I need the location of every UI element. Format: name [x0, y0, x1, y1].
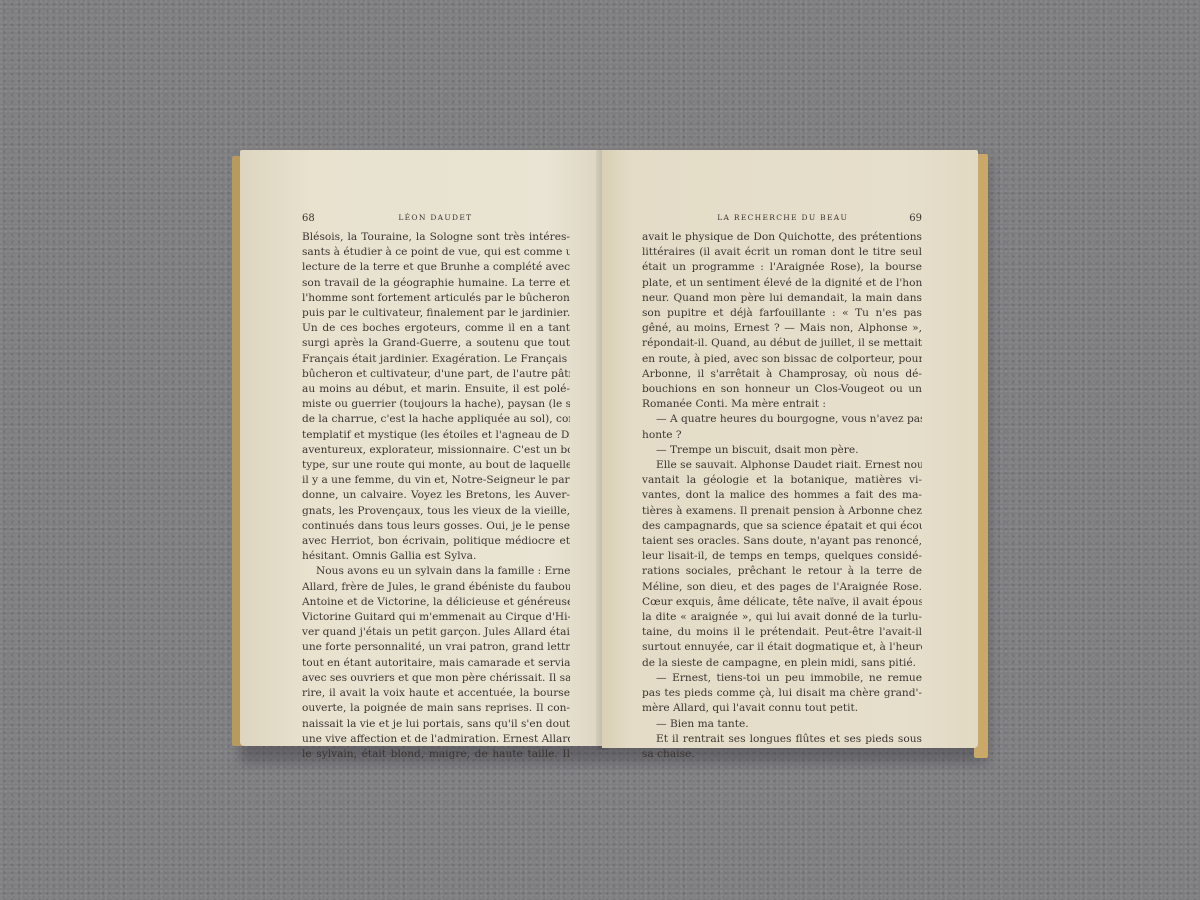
- text-line: — Bien ma tante.: [642, 717, 922, 732]
- text-line: sa chaise.: [642, 747, 922, 762]
- text-line: son travail de la géographie humaine. La…: [302, 276, 570, 291]
- text-line: — Ernest, tiens-toi un peu immobile, ne …: [642, 671, 922, 686]
- text-line: répondait-il. Quand, au début de juillet…: [642, 336, 922, 351]
- left-page: 68 LÉON DAUDET Blésois, la Touraine, la …: [240, 150, 602, 746]
- text-line: Antoine et de Victorine, la délicieuse e…: [302, 595, 570, 610]
- text-line: de la sieste de campagne, en plein midi,…: [642, 656, 922, 671]
- text-line: tout en étant autoritaire, mais camarade…: [302, 656, 570, 671]
- page-number: 69: [909, 213, 922, 224]
- text-line: vantes, dont la malice des hommes a fait…: [642, 488, 922, 503]
- text-line: avait le physique de Don Quichotte, des …: [642, 230, 922, 245]
- right-page: LA RECHERCHE DU BEAU 69 avait le physiqu…: [602, 150, 978, 748]
- text-line: littéraires (il avait écrit un roman don…: [642, 245, 922, 260]
- text-line: de la charrue, c'est la hache appliquée …: [302, 412, 570, 427]
- text-line: une forte personnalité, un vrai patron, …: [302, 640, 570, 655]
- text-line: Cœur exquis, âme délicate, tête naïve, i…: [642, 595, 922, 610]
- text-line: sants à étudier à ce point de vue, qui e…: [302, 245, 570, 260]
- page-number: 68: [302, 213, 315, 224]
- text-line: surtout ennuyée, car il était dogmatique…: [642, 640, 922, 655]
- text-line: ver quand j'étais un petit garçon. Jules…: [302, 625, 570, 640]
- text-line: Nous avons eu un sylvain dans la famille…: [302, 564, 570, 579]
- text-line: ouverte, la poignée de main sans reprise…: [302, 701, 570, 716]
- text-line: la dite « araignée », qui lui avait donn…: [642, 610, 922, 625]
- text-line: tières à examens. Il prenait pension à A…: [642, 504, 922, 519]
- text-line: avec ses ouvriers et que mon père chéris…: [302, 671, 570, 686]
- text-line: hésitant. Omnis Gallia est Sylva.: [302, 549, 570, 564]
- text-line: bouchions en son honneur un Clos-Vougeot…: [642, 382, 922, 397]
- text-line: Et il rentrait ses longues flûtes et ses…: [642, 732, 922, 747]
- right-running-head: LA RECHERCHE DU BEAU 69: [642, 213, 922, 224]
- text-line: templatif et mystique (les étoiles et l'…: [302, 428, 570, 443]
- text-line: lecture de la terre et que Brunhe a comp…: [302, 260, 570, 275]
- text-line: plate, et un sentiment élevé de la digni…: [642, 276, 922, 291]
- text-line: Blésois, la Touraine, la Sologne sont tr…: [302, 230, 570, 245]
- text-line: Victorine Guitard qui m'emmenait au Cirq…: [302, 610, 570, 625]
- text-line: miste ou guerrier (toujours la hache), p…: [302, 397, 570, 412]
- text-line: une vive affection et de l'admiration. E…: [302, 732, 570, 747]
- text-line: neur. Quand mon père lui demandait, la m…: [642, 291, 922, 306]
- text-line: avec Herriot, bon écrivain, politique mé…: [302, 534, 570, 549]
- text-line: Méline, son dieu, et des pages de l'Arai…: [642, 580, 922, 595]
- text-line: honte ?: [642, 428, 922, 443]
- author-header: LÉON DAUDET: [398, 213, 472, 224]
- text-line: Elle se sauvait. Alphonse Daudet riait. …: [642, 458, 922, 473]
- text-line: au moins au début, et marin. Ensuite, il…: [302, 382, 570, 397]
- text-line: le sylvain, était blond, maigre, de haut…: [302, 747, 570, 762]
- text-line: son pupitre et déjà farfouillante : « Tu…: [642, 306, 922, 321]
- text-line: — Trempe un biscuit, dsait mon père.: [642, 443, 922, 458]
- left-running-head: 68 LÉON DAUDET: [302, 213, 570, 224]
- text-line: l'homme sont fortement articulés par le …: [302, 291, 570, 306]
- text-line: des campagnards, que sa science épatait …: [642, 519, 922, 534]
- text-line: bûcheron et cultivateur, d'une part, de …: [302, 367, 570, 382]
- text-line: mère Allard, qui l'avait connu tout peti…: [642, 701, 922, 716]
- text-line: gnats, les Provençaux, tous les vieux de…: [302, 504, 570, 519]
- text-line: — A quatre heures du bourgogne, vous n'a…: [642, 412, 922, 427]
- open-book: 68 LÉON DAUDET Blésois, la Touraine, la …: [232, 150, 988, 758]
- text-line: type, sur une route qui monte, au bout d…: [302, 458, 570, 473]
- chapter-header: LA RECHERCHE DU BEAU: [717, 213, 848, 224]
- text-line: Français était jardinier. Exagération. L…: [302, 352, 570, 367]
- text-line: rire, il avait la voix haute et accentué…: [302, 686, 570, 701]
- text-line: puis par le cultivateur, finalement par …: [302, 306, 570, 321]
- text-line: pas tes pieds comme çà, lui disait ma ch…: [642, 686, 922, 701]
- text-line: continués dans tous leurs gosses. Oui, j…: [302, 519, 570, 534]
- text-line: était un programme : l'Araignée Rose), l…: [642, 260, 922, 275]
- text-line: vantait la géologie et la botanique, mat…: [642, 473, 922, 488]
- text-line: naissait la vie et je lui portais, sans …: [302, 717, 570, 732]
- text-line: Allard, frère de Jules, le grand ébénist…: [302, 580, 570, 595]
- text-line: surgi après la Grand-Guerre, a soutenu q…: [302, 336, 570, 351]
- text-line: taient ses oracles. Sans doute, n'ayant …: [642, 534, 922, 549]
- text-line: rations sociales, prêchant le retour à l…: [642, 564, 922, 579]
- text-line: Romanée Conti. Ma mère entrait :: [642, 397, 922, 412]
- text-line: Arbonne, il s'arrêtait à Champrosay, où …: [642, 367, 922, 382]
- text-line: taine, du moins il le prétendait. Peut-ê…: [642, 625, 922, 640]
- right-page-text: avait le physique de Don Quichotte, des …: [642, 230, 922, 762]
- text-line: gêné, au moins, Ernest ? — Mais non, Alp…: [642, 321, 922, 336]
- text-line: Un de ces boches ergoteurs, comme il en …: [302, 321, 570, 336]
- left-page-text: Blésois, la Touraine, la Sologne sont tr…: [302, 230, 570, 762]
- text-line: donne, un calvaire. Voyez les Bretons, l…: [302, 488, 570, 503]
- text-line: en route, à pied, avec son bissac de col…: [642, 352, 922, 367]
- text-line: il y a une femme, du vin et, Notre-Seign…: [302, 473, 570, 488]
- text-line: leur lisait-il, de temps en temps, quelq…: [642, 549, 922, 564]
- text-line: aventureux, explorateur, missionnaire. C…: [302, 443, 570, 458]
